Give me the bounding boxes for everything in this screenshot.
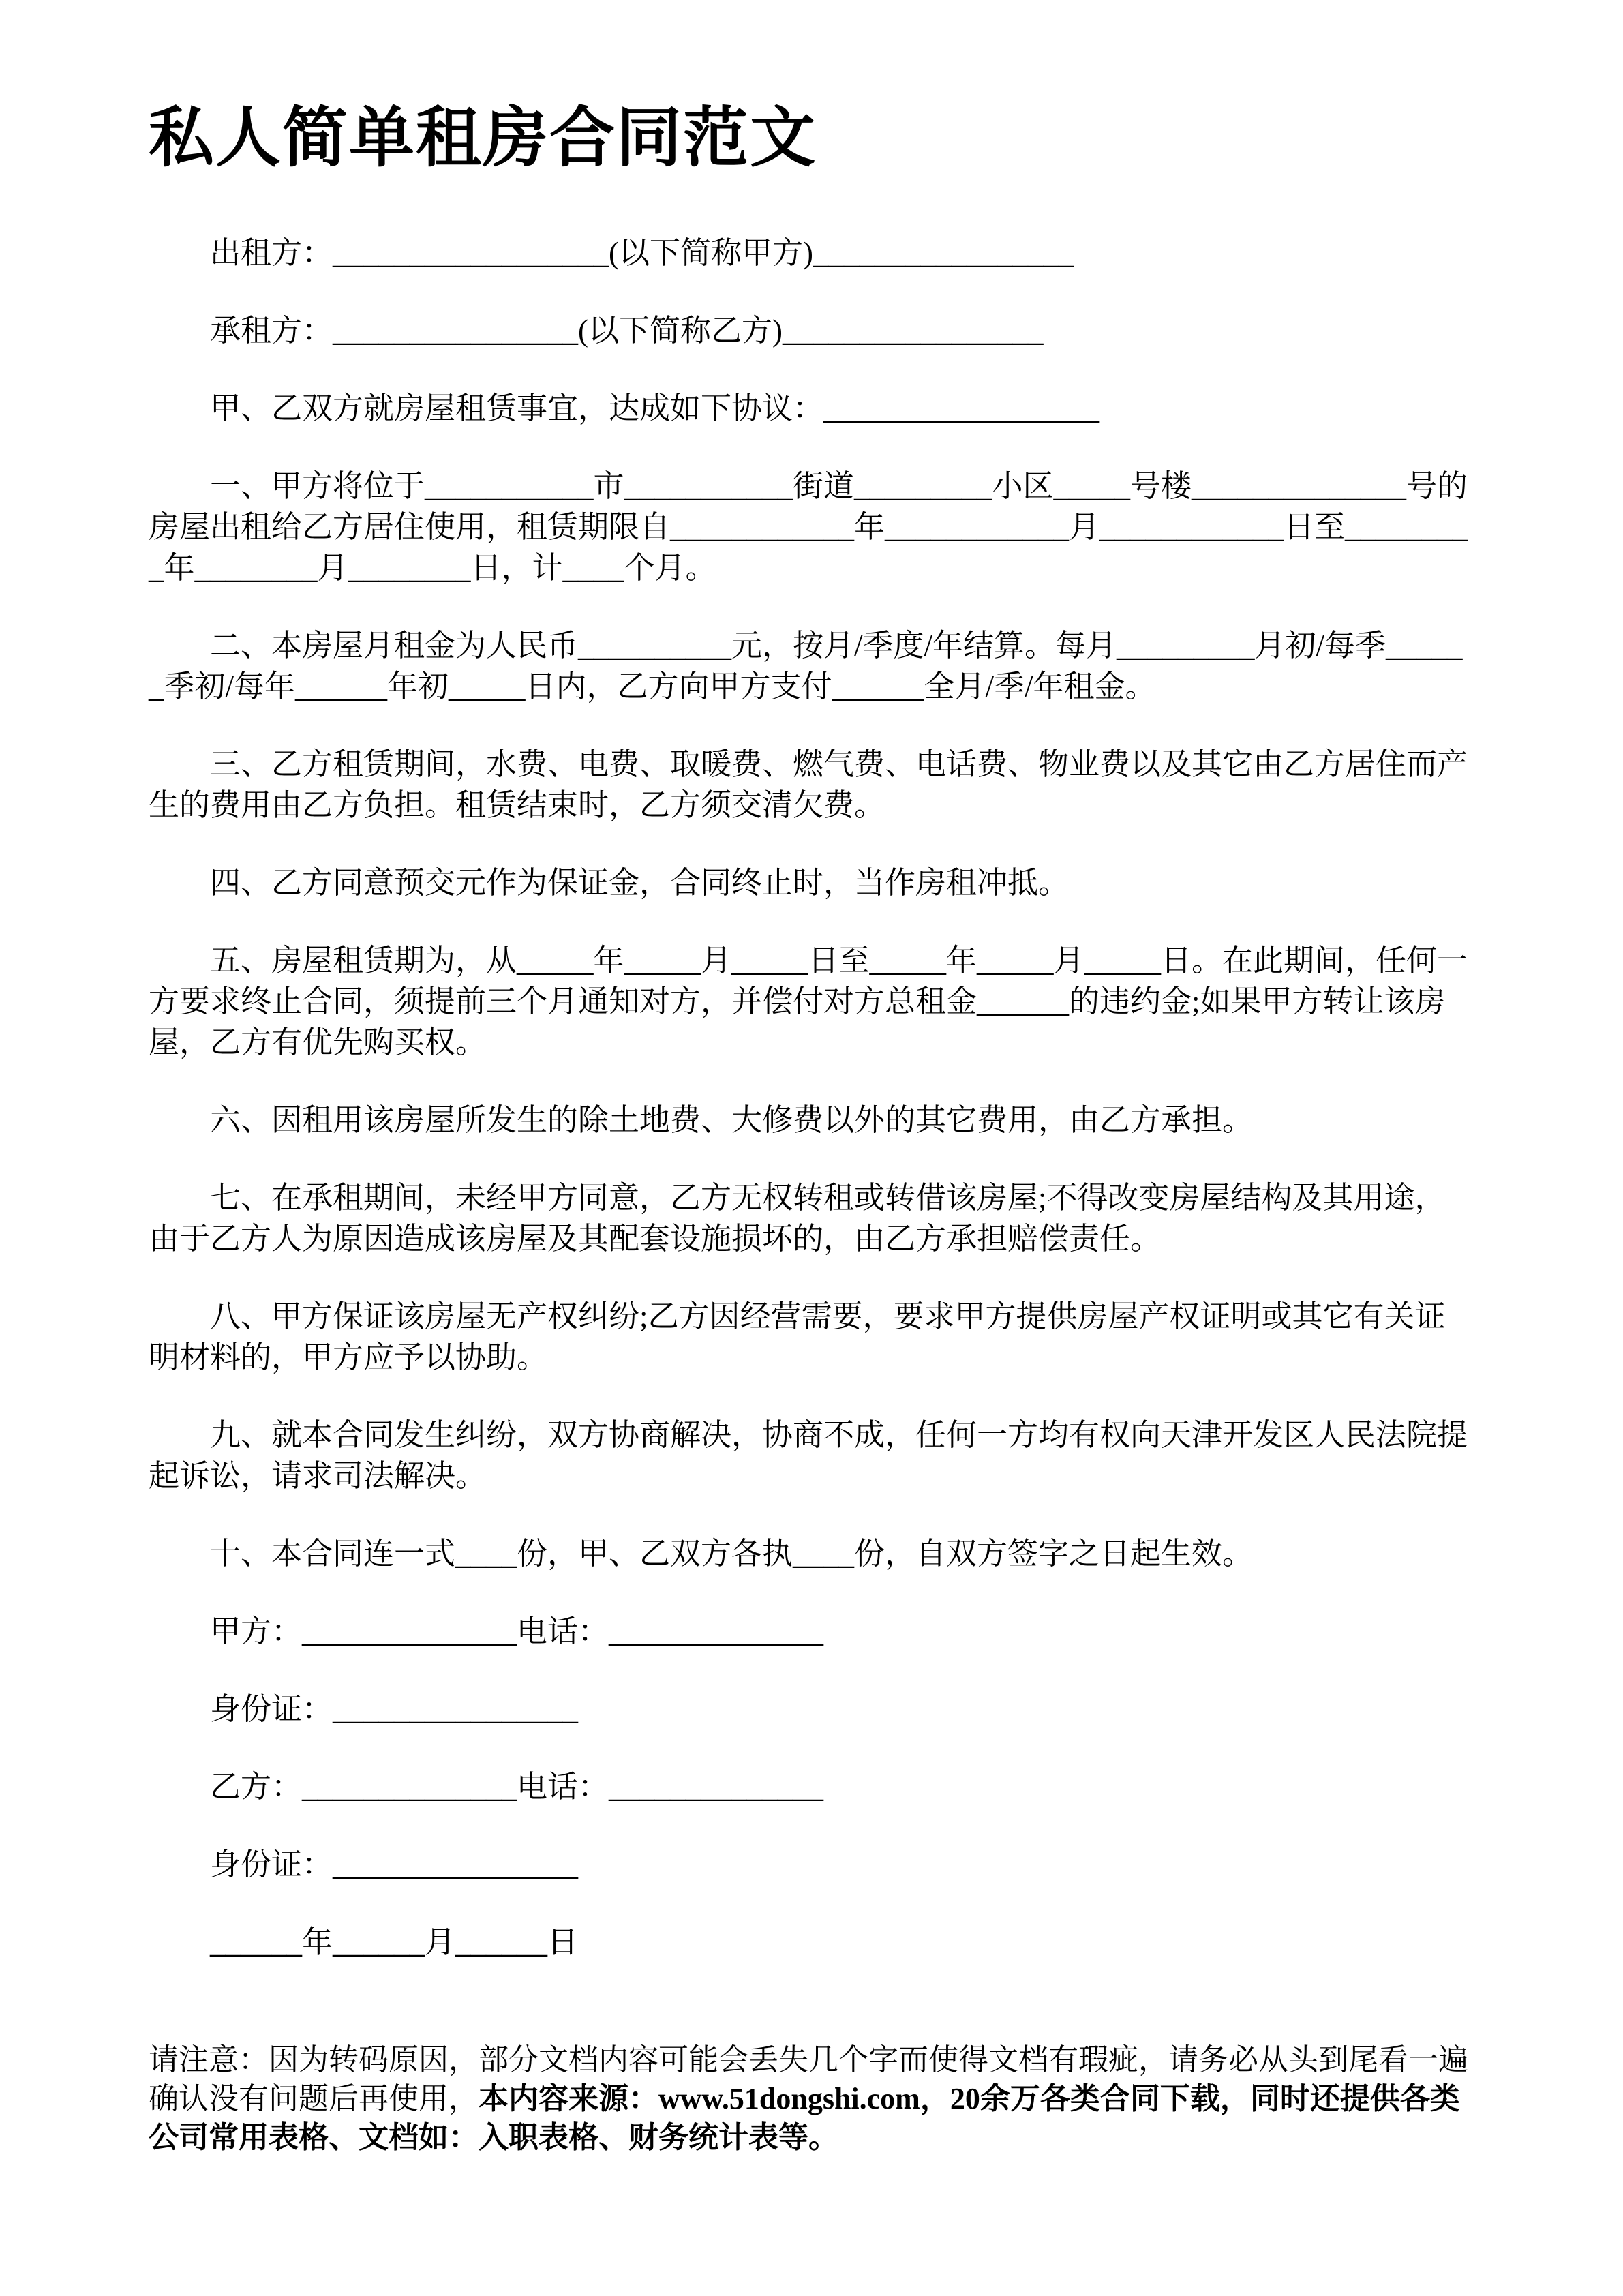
- party-a-id-line: 身份证：________________: [149, 1689, 1471, 1729]
- page-title: 私人简单租房合同范文: [149, 102, 1471, 175]
- clause-10: 十、本合同连一式____份，甲、乙双方各执____份，自双方签字之日起生效。: [149, 1533, 1471, 1574]
- clause-4: 四、乙方同意预交元作为保证金，合同终止时，当作房租冲抵。: [149, 862, 1471, 903]
- party-a-signature-line: 甲方：______________电话：______________: [149, 1611, 1471, 1652]
- party-b-line: 承租方：________________(以下简称乙方)____________…: [149, 310, 1471, 351]
- party-b-id-line: 身份证：________________: [149, 1844, 1471, 1885]
- clause-6: 六、因租用该房屋所发生的除土地费、大修费以外的其它费用，由乙方承担。: [149, 1100, 1471, 1141]
- footer-note: 请注意：因为转码原因，部分文档内容可能会丢失几个字而使得文档有瑕疵，请务必从头到…: [149, 1999, 1471, 2157]
- clause-3: 三、乙方租赁期间，水费、电费、取暖费、燃气费、电话费、物业费以及其它由乙方居住而…: [149, 744, 1471, 826]
- clause-2: 二、本房屋月租金为人民币__________元，按月/季度/年结算。每月____…: [149, 625, 1471, 707]
- clause-8: 八、甲方保证该房屋无产权纠纷;乙方因经营需要，要求甲方提供房屋产权证明或其它有关…: [149, 1296, 1471, 1378]
- clause-1: 一、甲方将位于___________市___________街道________…: [149, 466, 1471, 588]
- clause-7: 七、在承租期间，未经甲方同意，乙方无权转租或转借该房屋;不得改变房屋结构及其用途…: [149, 1177, 1471, 1259]
- clause-9: 九、就本合同发生纠纷，双方协商解决，协商不成，任何一方均有权向天津开发区人民法院…: [149, 1415, 1471, 1496]
- party-b-signature-line: 乙方：______________电话：______________: [149, 1766, 1471, 1807]
- party-a-line: 出租方：__________________(以下简称甲方)__________…: [149, 232, 1471, 273]
- clause-5: 五、房屋租赁期为，从_____年_____月_____日至_____年_____…: [149, 940, 1471, 1063]
- agreement-intro-line: 甲、乙双方就房屋租赁事宜，达成如下协议：__________________: [149, 388, 1471, 429]
- contract-document-page: 私人简单租房合同范文 出租方：__________________(以下简称甲方…: [0, 0, 1623, 2296]
- date-line: ______年______月______日: [149, 1922, 1471, 1963]
